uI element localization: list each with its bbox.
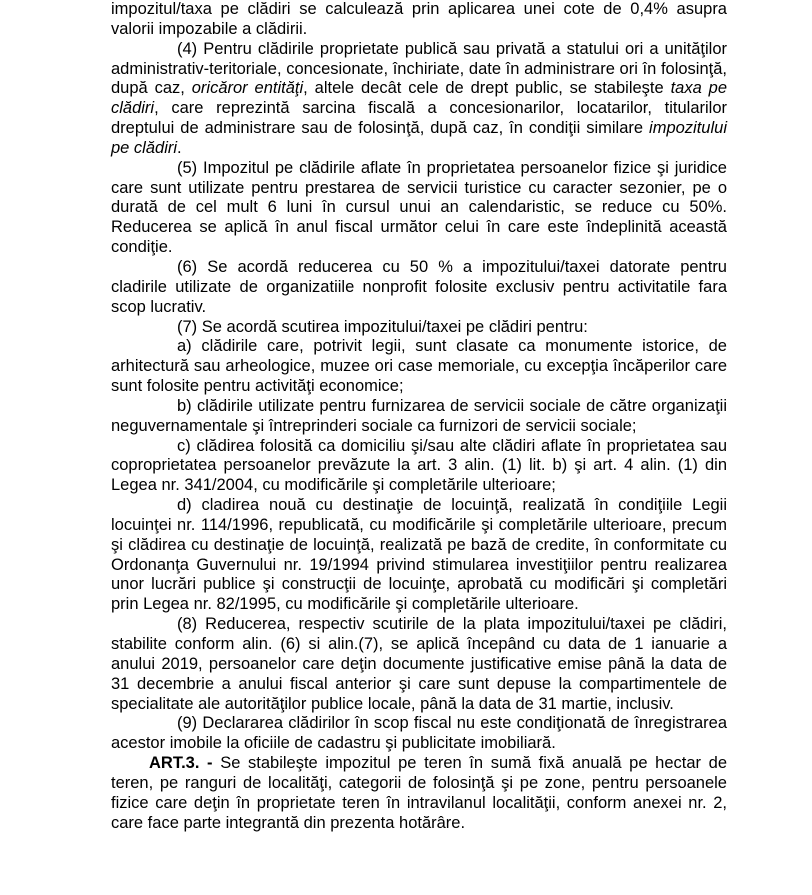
text-segment: , care reprezintă sarcina fiscală a conc… <box>111 99 727 137</box>
text-segment: (7) Se acordă scutirea impozitului/taxei… <box>177 318 588 336</box>
text-segment: , altele decât cele de drept public, se … <box>303 79 670 97</box>
paragraph: (9) Declararea clădirilor în scop fiscal… <box>111 714 727 754</box>
paragraph: d) cladirea nouă cu destinaţie de locuin… <box>111 496 727 615</box>
paragraph: (6) Se acordă reducerea cu 50 % a impozi… <box>111 258 727 318</box>
text-segment: oricăror entităţi <box>192 79 303 97</box>
text-segment: ART.3. - <box>149 754 220 772</box>
text-segment: (5) Impozitul pe clădirile aflate în pro… <box>111 159 727 256</box>
document-text-block: impozitul/taxa pe clădiri se calculează … <box>111 0 727 833</box>
text-segment: (8) Reducerea, respectiv scutirile de la… <box>111 615 727 712</box>
text-segment: a) clădirile care, potrivit legii, sunt … <box>111 337 727 395</box>
text-segment: d) cladirea nouă cu destinaţie de locuin… <box>111 496 727 613</box>
paragraph: b) clădirile utilizate pentru furnizarea… <box>111 397 727 437</box>
paragraph: (5) Impozitul pe clădirile aflate în pro… <box>111 159 727 258</box>
document-page: impozitul/taxa pe clădiri se calculează … <box>0 0 812 895</box>
text-segment: . <box>177 139 182 157</box>
paragraph: (7) Se acordă scutirea impozitului/taxei… <box>111 318 727 338</box>
paragraph: ART.3. - Se stabileşte impozitul pe tere… <box>111 754 727 833</box>
text-segment: b) clădirile utilizate pentru furnizarea… <box>111 397 727 435</box>
paragraph: c) clădirea folosită ca domiciliu şi/sau… <box>111 437 727 497</box>
text-segment: (9) Declararea clădirilor în scop fiscal… <box>111 714 727 752</box>
paragraph: (4) Pentru clădirile proprietate publică… <box>111 40 727 159</box>
text-segment: impozitul/taxa pe clădiri se calculează … <box>111 0 727 38</box>
paragraph: (8) Reducerea, respectiv scutirile de la… <box>111 615 727 714</box>
text-segment: (6) Se acordă reducerea cu 50 % a impozi… <box>111 258 727 316</box>
paragraph: impozitul/taxa pe clădiri se calculează … <box>111 0 727 40</box>
paragraph: a) clădirile care, potrivit legii, sunt … <box>111 337 727 397</box>
text-segment: c) clădirea folosită ca domiciliu şi/sau… <box>111 437 727 495</box>
